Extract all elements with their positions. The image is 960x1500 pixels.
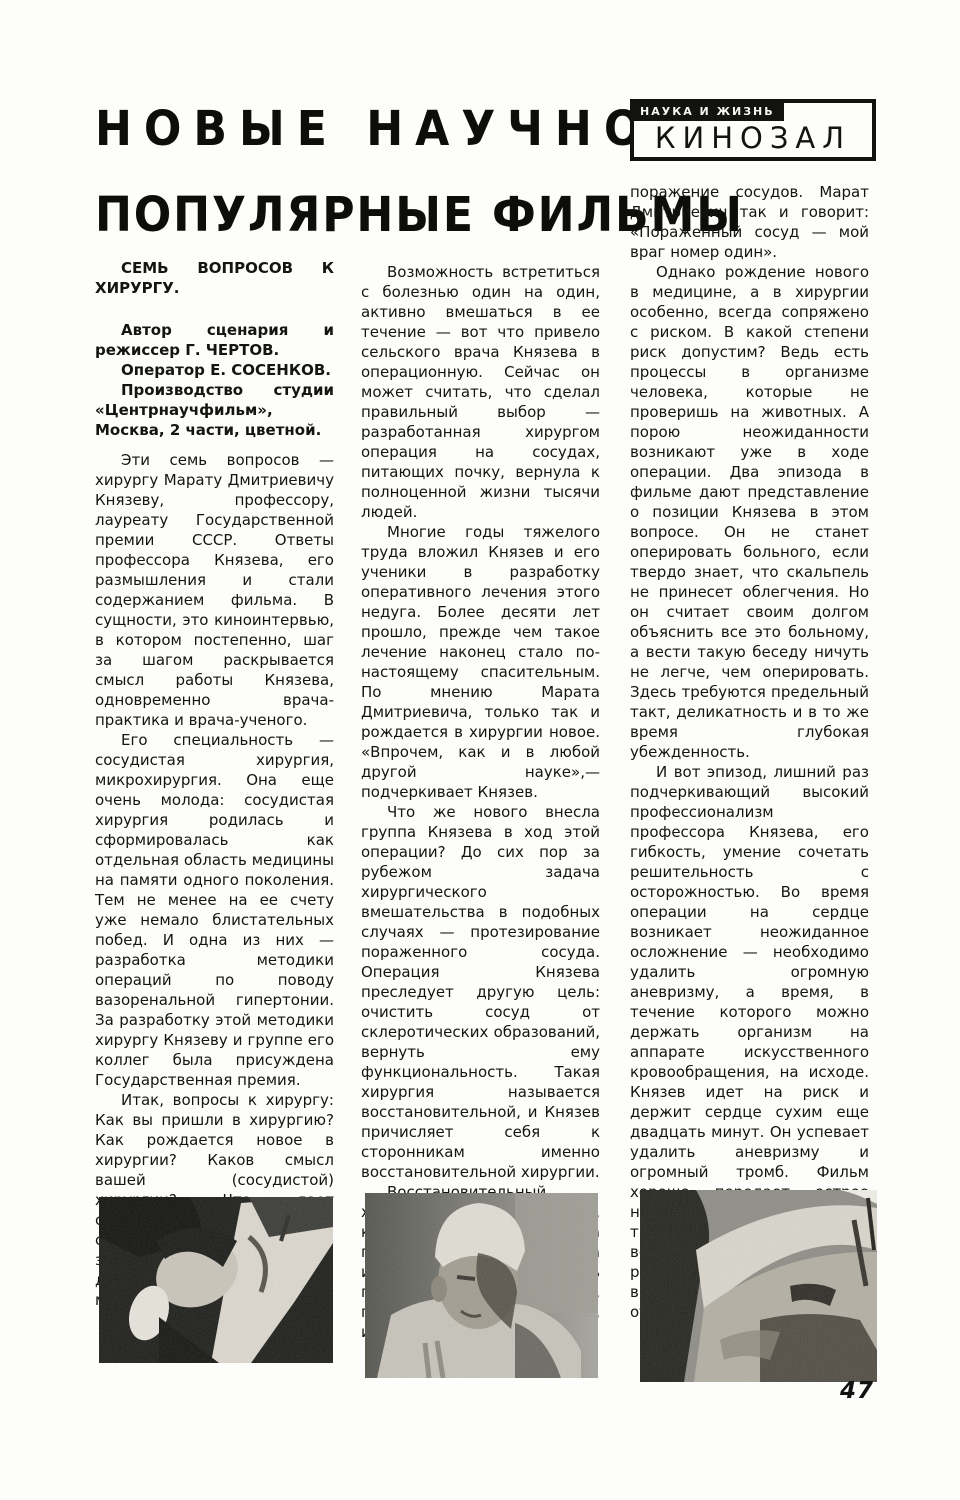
film-still-1-image: [99, 1197, 333, 1363]
rubric-name: КИНОЗАЛ: [634, 119, 872, 157]
body-paragraph: Возможность встретиться с болезнью один …: [361, 262, 600, 522]
film-credits: Автор сценария и режиссер Г. ЧЕРТОВ. Опе…: [95, 320, 334, 440]
text-column-3: поражение сосудов. Марат Дмитриевич так …: [630, 182, 869, 1322]
film-still-photo-1: [99, 1197, 333, 1363]
body-paragraph: Однако рождение нового в медицине, а в х…: [630, 262, 869, 762]
body-paragraph: Многие годы тяжелого труда вложил Князев…: [361, 522, 600, 802]
page-number: 47: [840, 1378, 874, 1404]
body-paragraph: Эти семь вопросов — хирургу Марату Дмитр…: [95, 450, 334, 730]
film-still-3-image: [640, 1190, 877, 1382]
article-title: НОВЫЕ НАУЧНО- ПОПУЛЯРНЫЕ ФИЛЬМЫ: [95, 86, 573, 258]
film-title-heading: СЕМЬ ВОПРОСОВ К ХИРУРГУ.: [95, 258, 334, 298]
rubric-badge: НАУКА И ЖИЗНЬ КИНОЗАЛ: [630, 99, 876, 161]
body-paragraph: поражение сосудов. Марат Дмитриевич так …: [630, 182, 869, 262]
body-paragraph: Что же нового внесла группа Князева в хо…: [361, 802, 600, 1182]
article-title-line1: НОВЫЕ НАУЧНО-: [95, 86, 573, 172]
text-column-1: СЕМЬ ВОПРОСОВ К ХИРУРГУ. Автор сценария …: [95, 258, 334, 1310]
film-still-photo-3: [640, 1190, 877, 1382]
magazine-page: НОВЫЕ НАУЧНО- ПОПУЛЯРНЫЕ ФИЛЬМЫ НАУКА И …: [0, 0, 960, 1500]
article-title-line2: ПОПУЛЯРНЫЕ ФИЛЬМЫ: [95, 172, 573, 258]
text-column-2: Возможность встретиться с болезнью один …: [361, 262, 600, 1342]
credit-line: Производство студии «Центрнаучфильм», Мо…: [95, 380, 334, 440]
credit-line: Оператор Е. СОСЕНКОВ.: [95, 360, 334, 380]
film-still-photo-2: [365, 1193, 598, 1378]
body-paragraph: Его специальность — сосудистая хирургия,…: [95, 730, 334, 1090]
film-still-2-image: [365, 1193, 598, 1378]
credit-line: Автор сценария и режиссер Г. ЧЕРТОВ.: [95, 320, 334, 360]
